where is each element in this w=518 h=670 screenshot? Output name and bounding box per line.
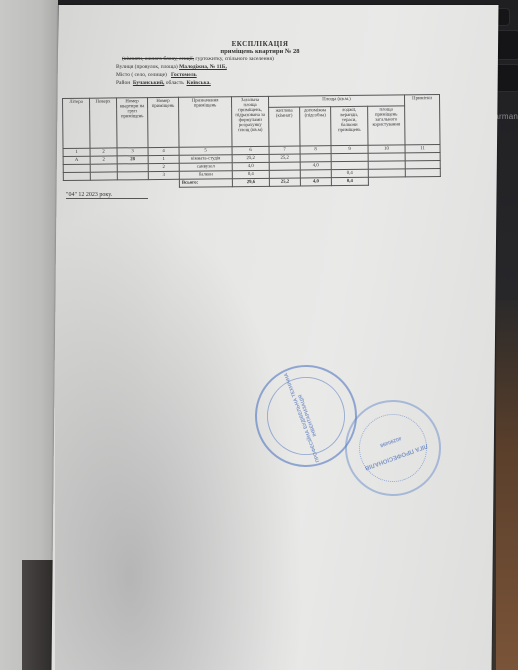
street-line: Вулиця (провулок, площа) Малодіжна, № 11… [116,63,460,71]
district-value: Бучанський, [133,80,165,86]
type-line: (кімнати, жилого блоку, секції, гуртожит… [122,55,460,63]
document-date: "04" 12 2023 року. [66,192,148,199]
explication-table: Літера Поверх Номер квартири на груп при… [62,94,441,189]
document-subtitle: приміщень квартири № 28 [160,48,360,55]
desk-wood-edge [496,300,518,670]
city-value: Гостомель [171,72,197,78]
document-header: ЕКСПЛІКАЦІЯ приміщень квартири № 28 (кім… [60,40,460,87]
city-line: Місто ( село, селище) Гостомель [116,71,460,79]
district-line: Район Бучанський, область Київська. [116,79,460,87]
oblast-value: Київська. [186,80,210,86]
document-title: ЕКСПЛІКАЦІЯ [160,40,360,48]
street-value: Малодіжна, № 11Б, [179,64,227,70]
